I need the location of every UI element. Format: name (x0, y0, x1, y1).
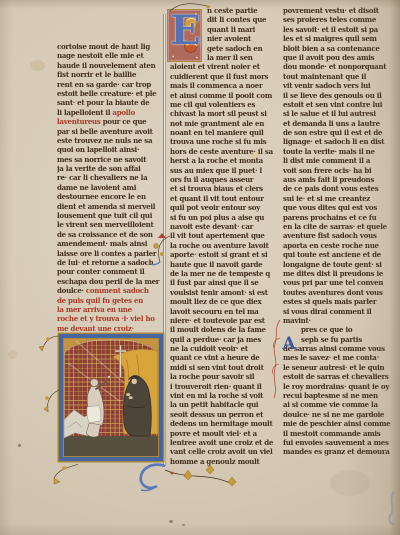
text-line: voulsist tenir amont· si est (170, 288, 279, 297)
text-line: si fu un poi plus a aise qu (170, 213, 279, 222)
text-line: quoi on lapelloit ainsi· (57, 145, 164, 154)
text-line: de puis quil fu getes en (57, 296, 164, 305)
text-line: dame ne lavoient ami (57, 183, 164, 192)
text-line: les et si maigres quil sem (283, 34, 392, 43)
text-line: toutes aventures dont vous (283, 288, 392, 297)
text-line: estes si quels mais parler (283, 297, 392, 306)
text-line: dou monde· et nonporquant (283, 62, 392, 71)
text-line: il se lieve des genouls ou il (283, 91, 392, 100)
text-line: bloit bien a sa contenance (283, 44, 392, 53)
text-line: vint en mi la roche si voit (170, 391, 279, 400)
text-line: povrement vestu· et disoit (283, 6, 392, 15)
text-line: il moult dolens de la fame (170, 325, 279, 334)
miniature-scene (64, 339, 158, 456)
text-line: longaigne de toute gent· si (283, 260, 392, 269)
text-line: fist norrir et le baillie (57, 70, 164, 79)
ivy-sprig-icon (148, 232, 172, 268)
ivy-sprig-icon (40, 388, 60, 414)
text-line: fui envoies sauvement a mes (283, 438, 392, 447)
text-line: haute que il navoit garde (170, 260, 279, 269)
text-line: pour conter comment il (57, 267, 164, 276)
text-line: si le salue et il lui autresi (283, 109, 392, 118)
miniature-frame (59, 334, 163, 461)
text-line: et demanda li uns a lautre (283, 119, 392, 128)
text-line: quil pot veoir entour soy (170, 203, 279, 212)
text-line: les savoit· et il estoit si pa (283, 25, 392, 34)
text-line: par si belle aventure avoit (57, 127, 164, 136)
text-line: sant· et pour la biaute de (57, 98, 164, 107)
text-line: estoit de sarras et chevaliers (283, 372, 392, 381)
text-line: midi si sen vint tout droit (170, 363, 279, 372)
text-line: ses proieres teles comme (283, 15, 392, 24)
show-through-mark (384, 490, 400, 526)
text-line: herst a la roche et monta (170, 156, 279, 165)
text-line: tout maintenant que il (283, 72, 392, 81)
stain (169, 520, 173, 523)
text-line: me dites dist li preudons ie (283, 269, 392, 278)
stain (330, 470, 370, 496)
text-line: dedens un hermitage moult (170, 419, 279, 428)
text-line: la un petit habitacle qui (170, 400, 279, 409)
text-line: ja la verite de son affai (57, 164, 164, 173)
text-line: cuidierent que il fust mors (170, 72, 279, 81)
text-line: trouva une roche si fu mis (170, 137, 279, 146)
text-line: et si trouva biaus et clers (170, 184, 279, 193)
text-line: ors fu il auques asseur (170, 175, 279, 184)
text-line: me devant une croiz· (57, 324, 164, 333)
text-line: de son estre qui il est et de (283, 128, 392, 137)
text-line: estoit belle creature· et ple (57, 89, 164, 98)
text-line: que vous dites qui est vos (283, 203, 392, 212)
text-line: lentree avoit une croiz et de (170, 438, 279, 447)
text-line: mavint· (283, 316, 392, 325)
text-line: lavoit secouru en tel ma (170, 307, 279, 316)
text-line: la roche ou aventure lavoit (170, 241, 279, 250)
text-line: en la cite de sarras· et quele (283, 222, 392, 231)
ivy-sprig-icon (52, 462, 82, 488)
text-line: niere· et toutevoie par est (170, 316, 279, 325)
stain (8, 350, 17, 359)
text-line: estoit et sen vint contre lui (283, 100, 392, 109)
stain (18, 444, 21, 447)
text-line: re· car li chevaliers ne la (57, 173, 164, 182)
text-line: la mer arriva en une (57, 305, 164, 314)
penwork-flourish (266, 316, 284, 400)
vine-flourish-top (168, 0, 212, 12)
text-line: qui toute est anciene et de (283, 250, 392, 259)
text-line: hors de ceste aventure· il sa (170, 147, 279, 156)
text-line: aventure fist sadoch vous (283, 231, 392, 240)
text-line: aus amis fait li preudons (283, 175, 392, 184)
text-line: doulce· ne si ne me gardoie (283, 410, 392, 419)
text-line: sui ie· et si me creantez (283, 194, 392, 203)
text-line: mes le savez· et me conta (283, 353, 392, 362)
text-line: ne la cuidoit veoir· et (170, 344, 279, 353)
text-line: lousement que tuit cil qui (57, 211, 164, 220)
bar-terminal-flourish (136, 458, 248, 504)
text-line: dient et amenda si merveil (57, 202, 164, 211)
text-line: noant en tel maniere quil (170, 128, 279, 137)
stain (182, 524, 185, 526)
text-line: il mestoit commande amis (283, 429, 392, 438)
text-line: moult liez de ce que diex (170, 297, 279, 306)
text-line: le seneur autresi· et le quin (283, 363, 392, 372)
text-line: li lapelloient il apollo (57, 108, 164, 117)
initial-letter: E (169, 7, 202, 54)
text-line: la roche pour savoir sil (170, 372, 279, 381)
text-line: mes sa norrice ne savoit (57, 155, 164, 164)
text-line: il vit tout apertement que (170, 231, 279, 240)
text-line: roche et y trouva ·i· viel ho (57, 314, 164, 323)
text-line: vant celle croiz avoit un viel (170, 447, 279, 456)
text-line: destournee encore le en (57, 192, 164, 201)
text-line: pres ce que io (283, 325, 392, 334)
text-line: vit venir sadoch vers lui (283, 81, 392, 90)
text-line: il fust par ainsi que il se (170, 278, 279, 287)
text-line: i trouveroit rien· quant il (170, 382, 279, 391)
text-line: not mie grantment ale en (170, 119, 279, 128)
text-line: me cil qui volentiers es (170, 100, 279, 109)
text-line: seoit dessus un perron et (170, 410, 279, 419)
text-line: parens prochains et ce fu (283, 213, 392, 222)
text-line: et quant il vit tout entour (170, 194, 279, 203)
ground (64, 436, 158, 456)
text-line: de la mer ne de tempeste q (170, 269, 279, 278)
text-line: ai si comme vie comme la (283, 400, 392, 409)
text-line: mie de peschier ainsi comme (283, 419, 392, 428)
text-line: povre et moult viel· et a (170, 429, 279, 438)
text-line: de sarras ainsi comme vous (283, 344, 392, 353)
text-line: mais il commenca a noer (170, 81, 279, 90)
text-line: de ce pais dont vous estes (283, 184, 392, 193)
text-line: lignage· et sadoch li en dist (283, 137, 392, 146)
text-line: recui baptesme si ne men (283, 391, 392, 400)
text-line: navoit este devant· car (170, 222, 279, 231)
text-line: eschapa dou peril de la mer (57, 277, 164, 286)
text-line: si vous dirai comment il (283, 307, 392, 316)
text-line: voit son frere ocis· ha bi (283, 166, 392, 175)
text-line: li dist mie comment il a (283, 156, 392, 165)
text-line: le virent sen merveilloient (57, 220, 164, 229)
text-line: chivast la mort sil peust si (170, 109, 279, 118)
text-line: aporte· estoit si grant et si (170, 250, 279, 259)
text-line: rent en sa garde· car trop (57, 80, 164, 89)
text-line: sus au miex que il puet· l (170, 166, 279, 175)
text-column-right: povrement vestu· et disoitses proieres t… (283, 6, 392, 457)
text-line: aporta en ceste roche nue (283, 241, 392, 250)
text-column-middle: n ceste partiedit li contes quequant li … (170, 6, 279, 466)
text-line: toute la verite· mais il ne (283, 147, 392, 156)
text-line: nage nestoit elle mie et (57, 51, 164, 60)
text-line: aloient et virent noier et (170, 62, 279, 71)
text-line: este trouvez ne nuls ne sa (57, 136, 164, 145)
text-line: et ainsi comme il pooit com (170, 91, 279, 100)
text-line: quil a perdue· car ja mes (170, 335, 279, 344)
stain (30, 60, 45, 71)
ivy-sprig-icon (38, 332, 60, 354)
text-line: haude il nouvelement aten (57, 61, 164, 70)
text-line: quant ce vint a heure de (170, 353, 279, 362)
text-line: mandes es granz et demoura (283, 447, 392, 456)
text-line: vous pri par une tel conven (283, 278, 392, 287)
text-line: cortoise mout de haut lig (57, 42, 164, 51)
text-line: doulce· comment sadoch (57, 286, 164, 295)
text-line: seph se fu partis (283, 335, 392, 344)
miniature (64, 339, 158, 456)
text-column-left: cortoise mout de haut lignage nestoit el… (57, 42, 164, 333)
illuminated-initial-E: E (167, 9, 202, 62)
text-line: le roy mordrains· quant ie oy (283, 382, 392, 391)
text-line: laventureus pour ce que (57, 117, 164, 126)
text-line: que il avoit pou des amis (283, 53, 392, 62)
manuscript-page: cortoise mout de haut lignage nestoit el… (0, 0, 400, 535)
